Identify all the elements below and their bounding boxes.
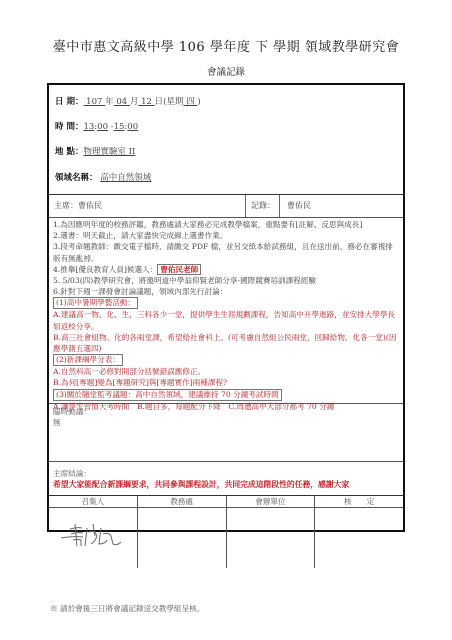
cosign-unit-cell — [227, 508, 315, 568]
meeting-content: 1.為因應明年度的校務評鑑，教務處請大家務必完成教學檔案，重點要有[註解、反思與… — [49, 218, 403, 404]
time-row: 時 間：13:00 -15:00 — [55, 120, 138, 134]
start-hour: 13 — [83, 122, 94, 132]
footnote: ※ 請於會後三日將會議記錄送交教學組呈核。 — [50, 603, 204, 614]
subtopic-3: (3)關於隨堂監考議題：高中自然領域，建議維持 70 分鐘考試時間 — [53, 389, 399, 401]
handwritten-signature-icon — [55, 514, 135, 554]
agenda-item-4: 4.推舉[優良教育人員]候選人：曹佑民老師 — [53, 264, 399, 275]
subtopic-1-a: A.建議高一物、化、生，三科各少一堂，提供學生生涯規劃課程，告知高中升學進路，並… — [53, 309, 399, 331]
agenda-item-6: 6.針對下週一課發會討論議題，領域內部先行討論： — [53, 286, 399, 297]
domain-label: 領域名稱： — [55, 173, 98, 183]
signature-column-convener: 召集人 — [49, 496, 138, 568]
signature-column-approval: 核 定 — [315, 496, 403, 568]
location-value: 物理實驗室 II — [83, 147, 135, 157]
cosign-unit-header: 會辦單位 — [227, 496, 315, 508]
agenda-item-1: 1.為因應明年度的校務評鑑，教務處請大家務必完成教學檔案，重點要有[註解、反思與… — [53, 219, 399, 230]
end-minute: 00 — [127, 122, 138, 132]
subtopic-2-title: (2)新課綱學分表： — [53, 354, 123, 366]
chair-recorder-row: 主席：曹佑民 記錄： 曹佑民 — [49, 195, 403, 218]
start-minute: 00 — [97, 122, 108, 132]
extempore-motion-section: 臨時動議： 無 — [49, 404, 403, 462]
chair-field: 主席：曹佑民 — [54, 195, 102, 217]
item4-text: 4.推舉[優良教育人員]候選人： — [53, 265, 157, 274]
approval-header: 核 定 — [315, 496, 403, 508]
time-label: 時 間： — [55, 122, 83, 132]
convener-signature-cell — [49, 508, 137, 568]
subtopic-1-b: B.高三社會組物、化的各兩堂課，希望給社會科上。(可考慮自然組公民兩堂，回歸給物… — [53, 332, 399, 354]
signature-table: 召集人 教務處 會辦單位 核 定 — [49, 496, 403, 530]
document-subtitle: 會議記錄 — [0, 64, 452, 78]
subtopic-1-title: (1)高中暑期學藝活動： — [53, 297, 138, 309]
document-title: 臺中市惠文高級中學 106 學年度 下 學期 領域教學研究會 — [0, 36, 452, 55]
academic-affairs-header: 教務處 — [138, 496, 226, 508]
academic-affairs-cell — [138, 508, 226, 568]
meeting-record-form: 日 期： 107 年 04 月 12 日(星期 四 ) 時 間：13:00 -1… — [47, 83, 405, 532]
domain-row: 領域名稱： 高中自然領域 — [55, 171, 151, 185]
date-month: 04 — [114, 97, 130, 107]
end-hour: 15 — [114, 122, 125, 132]
date-weekday: 四 — [183, 97, 197, 107]
nominee-name: 曹佑民老師 — [157, 264, 201, 275]
meeting-info-section: 日 期： 107 年 04 月 12 日(星期 四 ) 時 間：13:00 -1… — [49, 85, 403, 195]
domain-value: 高中自然領域 — [100, 173, 151, 183]
signature-column-academic-affairs: 教務處 — [138, 496, 227, 568]
date-day: 12 — [138, 97, 154, 107]
conclusion-label: 主席結論： — [53, 468, 399, 479]
chair-conclusion-section: 主席結論： 希望大家能配合新課綱要求，共同參與課程設計，共同完成這階段性的任務，… — [49, 462, 403, 496]
subtopic-1: (1)高中暑期學藝活動： — [53, 297, 399, 309]
date-row: 日 期： 107 年 04 月 12 日(星期 四 ) — [55, 95, 201, 109]
subtopic-2: (2)新課綱學分表： — [53, 354, 399, 366]
motion-label: 臨時動議： — [53, 406, 399, 417]
subtopic-2-b: B.為何[專題]變為[專題研究]與[專題實作]兩種課程? — [53, 377, 399, 388]
approval-cell — [315, 508, 403, 568]
agenda-item-5: 5. 5/03(四)教學研究會，將邀明道中學翁仰賢老師分享-國際競賽培訓課程經驗 — [53, 275, 399, 286]
agenda-item-2: 2.選書：明天截止，請大家盡快完成線上選書作業。 — [53, 230, 399, 241]
chair-label: 主席： — [54, 201, 78, 210]
date-label: 日 期： — [55, 97, 83, 107]
subtopic-2-a: A.自然科高一必修對開部分括號錯誤應修正。 — [53, 366, 399, 377]
year-unit: 年 — [105, 97, 114, 107]
subtopic-3-title: (3)關於隨堂監考議題：高中自然領域，建議維持 70 分鐘考試時間 — [53, 389, 282, 401]
chair-name: 曹佑民 — [78, 201, 102, 210]
motion-value: 無 — [53, 417, 399, 428]
conclusion-text: 希望大家能配合新課綱要求，共同參與課程設計，共同完成這階段性的任務，感謝大家 — [53, 479, 399, 490]
agenda-item-3: 3.段考命題教師：繳交電子檔時，請繳交 PDF 檔，並另交紙本給試務組，且在送出… — [53, 241, 399, 263]
location-label: 地 點： — [55, 147, 83, 157]
divider — [245, 195, 246, 217]
day-unit: 日(星期 — [155, 97, 184, 107]
divider — [279, 195, 280, 217]
location-row: 地 點：物理實驗室 II — [55, 145, 135, 159]
recorder-label: 記錄： — [251, 195, 275, 217]
recorder-name: 曹佑民 — [287, 195, 311, 217]
convener-header: 召集人 — [49, 496, 137, 508]
date-year: 107 — [83, 97, 105, 107]
signature-column-cosign-unit: 會辦單位 — [227, 496, 316, 568]
weekday-close: ) — [197, 97, 200, 107]
